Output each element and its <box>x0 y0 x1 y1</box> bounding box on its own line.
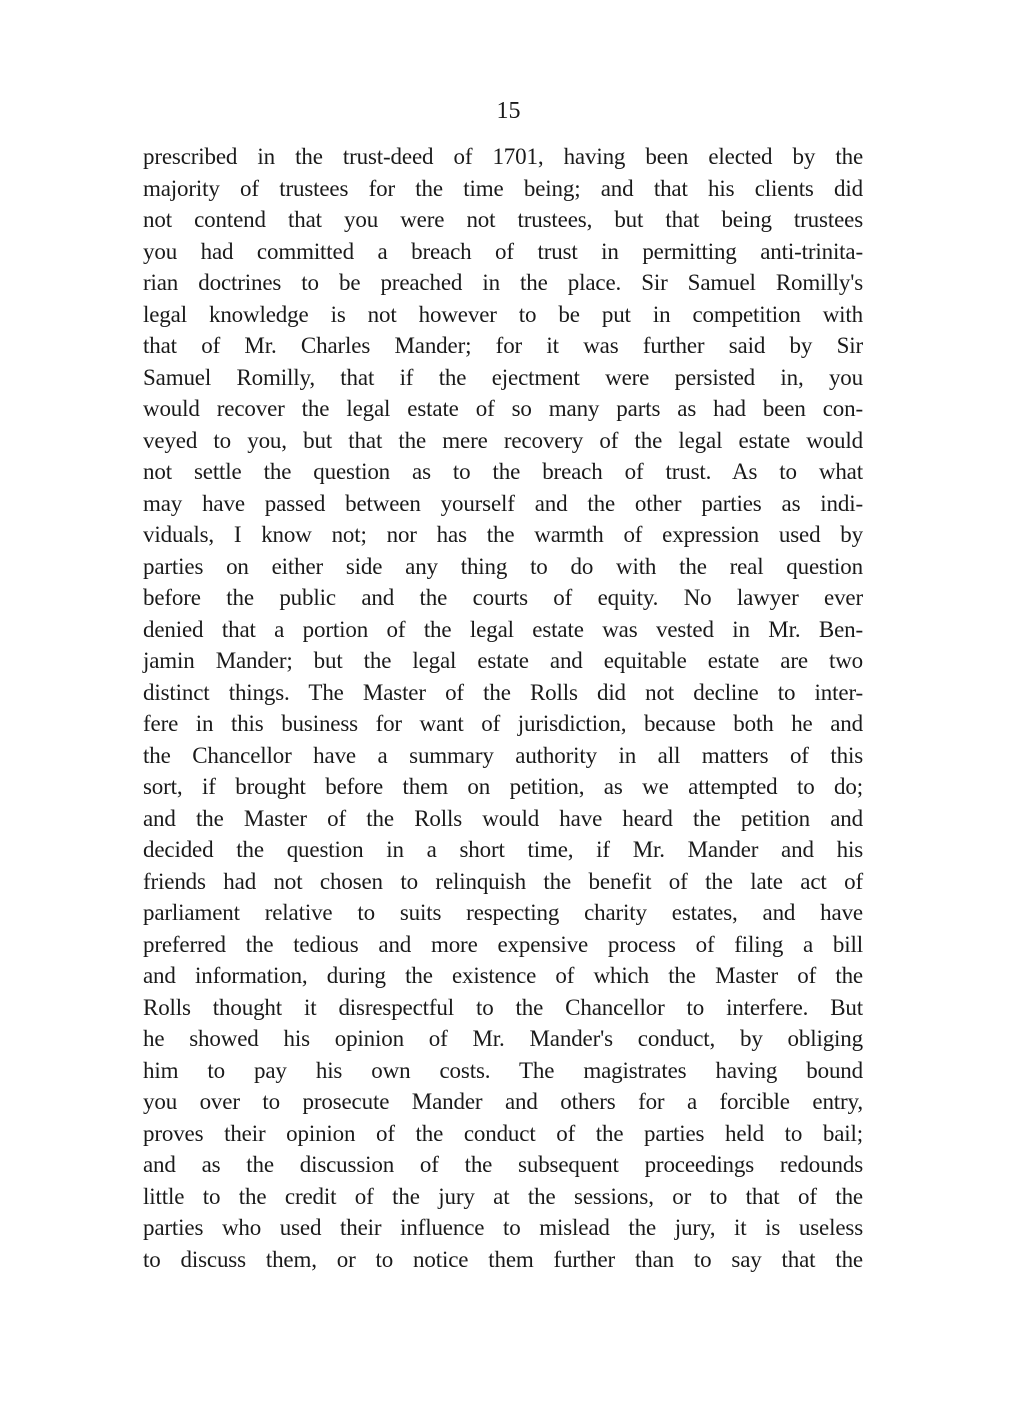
text-line: Rolls thought it disrespectful to the Ch… <box>143 992 863 1024</box>
text-line: to discuss them, or to notice them furth… <box>143 1244 863 1276</box>
text-line: not contend that you were not trustees, … <box>143 204 863 236</box>
text-line: fere in this business for want of jurisd… <box>143 708 863 740</box>
text-line: parties on either side any thing to do w… <box>143 551 863 583</box>
text-line: decided the question in a short time, if… <box>143 834 863 866</box>
text-line: that of Mr. Charles Mander; for it was f… <box>143 330 863 362</box>
text-line: and information, during the existence of… <box>143 960 863 992</box>
text-line: before the public and the courts of equi… <box>143 582 863 614</box>
text-line: preferred the tedious and more expensive… <box>143 929 863 961</box>
text-line: legal knowledge is not however to be put… <box>143 299 863 331</box>
text-line: the Chancellor have a summary authority … <box>143 740 863 772</box>
text-line: may have passed between yourself and the… <box>143 488 863 520</box>
text-line: you had committed a breach of trust in p… <box>143 236 863 268</box>
text-line: prescribed in the trust-deed of 1701, ha… <box>143 141 863 173</box>
page-number: 15 <box>0 96 1009 126</box>
text-line: sort, if brought before them on petition… <box>143 771 863 803</box>
text-line: denied that a portion of the legal estat… <box>143 614 863 646</box>
text-line: parties who used their influence to misl… <box>143 1212 863 1244</box>
text-line: little to the credit of the jury at the … <box>143 1181 863 1213</box>
book-page: 15 prescribed in the trust-deed of 1701,… <box>0 0 1009 1406</box>
text-line: parliament relative to suits respecting … <box>143 897 863 929</box>
text-line: and the Master of the Rolls would have h… <box>143 803 863 835</box>
text-line: veyed to you, but that the mere recovery… <box>143 425 863 457</box>
body-text: prescribed in the trust-deed of 1701, ha… <box>143 141 863 1275</box>
text-line: him to pay his own costs. The magistrate… <box>143 1055 863 1087</box>
text-line: he showed his opinion of Mr. Mander's co… <box>143 1023 863 1055</box>
text-line: proves their opinion of the conduct of t… <box>143 1118 863 1150</box>
text-line: not settle the question as to the breach… <box>143 456 863 488</box>
text-line: you over to prosecute Mander and others … <box>143 1086 863 1118</box>
text-line: friends had not chosen to relinquish the… <box>143 866 863 898</box>
text-line: Samuel Romilly, that if the ejectment we… <box>143 362 863 394</box>
text-line: distinct things. The Master of the Rolls… <box>143 677 863 709</box>
text-line: jamin Mander; but the legal estate and e… <box>143 645 863 677</box>
text-line: majority of trustees for the time being;… <box>143 173 863 205</box>
text-line: viduals, I know not; nor has the warmth … <box>143 519 863 551</box>
text-line: rian doctrines to be preached in the pla… <box>143 267 863 299</box>
text-line: and as the discussion of the subsequent … <box>143 1149 863 1181</box>
text-line: would recover the legal estate of so man… <box>143 393 863 425</box>
